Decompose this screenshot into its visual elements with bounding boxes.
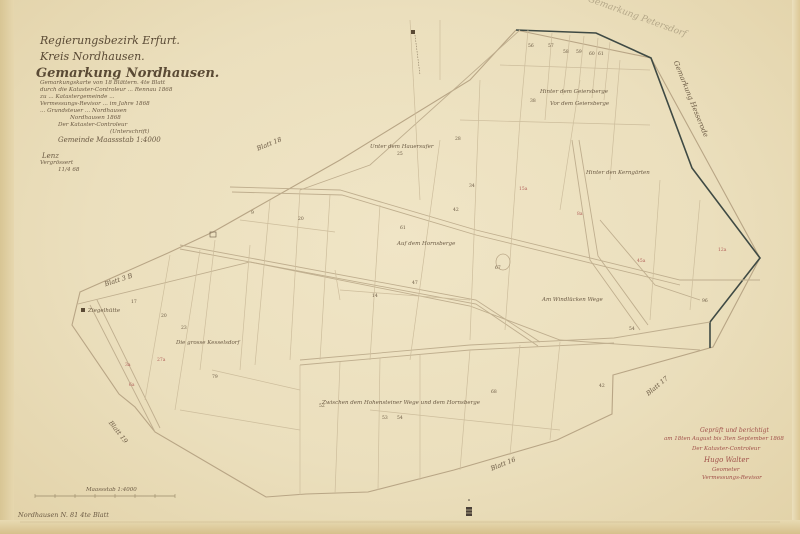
field-name: Die grosse Kesselsdorf — [176, 340, 239, 346]
note-line: durch die Kataster-Controleur ... Rennau… — [40, 87, 172, 93]
note-line: zu ... Katastergemeinde ... — [40, 94, 115, 100]
parcel-number: 25 — [397, 152, 403, 157]
parcel-number: 67 — [495, 266, 501, 271]
parcel-number: 28 — [455, 137, 461, 142]
certification-line: am 18ten August bis 3ten September 1868 — [664, 436, 784, 442]
parcel-number: 47 — [412, 281, 418, 286]
parcel-number: 14 — [372, 294, 378, 299]
parcel-number: 60 — [589, 52, 595, 57]
signature-date: 11/4 68 — [58, 167, 79, 173]
certification-signature: Hugo Walter — [704, 456, 749, 464]
parcel-lines — [145, 20, 700, 495]
parcel-number: 34 — [469, 184, 475, 189]
parcel-number-red: 6a — [129, 383, 135, 388]
certification-line: Geometer — [712, 467, 740, 473]
field-name: Am Windlücken Wege — [542, 297, 603, 303]
parcel-number: 54 — [397, 416, 403, 421]
scale-note: Gemeinde Maassstab 1:4000 — [58, 136, 161, 144]
field-name: Hinter den Kerngärten — [586, 170, 650, 176]
field-name: Vor dem Geiersberge — [550, 101, 609, 107]
parcel-number: 96 — [702, 299, 708, 304]
certification-line: Vermessungs-Revisor — [702, 475, 762, 481]
parcel-number: 61 — [400, 226, 406, 231]
parcel-number: 23 — [181, 326, 187, 331]
field-name: Unter dem Hauersufer — [370, 144, 434, 150]
sheet-footer-label: Nordhausen N. 81 4te Blatt — [18, 511, 109, 519]
note-line: ... Grundsteuer ... Nordhausen — [40, 108, 127, 114]
scale-bar-label: Maassstab 1:4000 — [86, 487, 137, 493]
parcel-number-red: 15a — [519, 187, 527, 192]
parcel-number-red: 27a — [157, 358, 165, 363]
parcel-number: 68 — [491, 390, 497, 395]
field-name: Hinter dem Geiersberge — [540, 89, 608, 95]
parcel-number: 53 — [382, 416, 388, 421]
cadastral-map-sheet: Regierungsbezirk Erfurt. Kreis Nordhause… — [0, 0, 800, 534]
parcel-number: 17 — [131, 300, 137, 305]
note-line: Vermessungs-Revisor ... im Jahre 1868 — [40, 101, 150, 107]
parcel-number: 20 — [161, 314, 167, 319]
certification-line: Geprüft und berichtigt — [700, 427, 769, 434]
note-line: Nordhausen 1868 — [70, 115, 121, 121]
parcel-number: 9 — [251, 211, 254, 216]
parcel-number: 38 — [530, 99, 536, 104]
parcel-number-red: 3a — [125, 363, 131, 368]
scale-bar-graphic — [35, 494, 175, 498]
parcel-number: 20 — [298, 217, 304, 222]
bottom-ornament-icon — [466, 499, 472, 516]
roads — [78, 30, 760, 432]
region-title: Regierungsbezirk Erfurt. — [40, 34, 180, 47]
parcel-number: 42 — [599, 384, 605, 389]
parcel-number-red: 8a — [577, 212, 583, 217]
parcel-number: 59 — [576, 50, 582, 55]
field-name: Auf dem Hornsberge — [397, 241, 455, 247]
note-line: (Unterschrift) — [110, 129, 149, 135]
parcel-number: 79 — [212, 375, 218, 380]
signature: Lenz — [42, 152, 59, 160]
parcel-number: 52 — [319, 404, 325, 409]
district-title: Kreis Nordhausen. — [40, 50, 145, 63]
note-line: Der Kataster-Controleur — [58, 122, 127, 128]
building-marker — [81, 308, 85, 312]
municipality-title: Gemarkung Nordhausen. — [36, 66, 219, 81]
parcel-number: 42 — [453, 208, 459, 213]
certification-line: Der Kataster-Controleur — [692, 446, 760, 452]
note-line: Gemarkungskarte von 18 Blättern. 4te Bla… — [40, 80, 165, 86]
parcel-number: 56 — [528, 44, 534, 49]
parcel-number: 58 — [563, 50, 569, 55]
parcel-number-red: 12a — [718, 248, 726, 253]
parcel-number: 61 — [598, 52, 604, 57]
parcel-number: 57 — [548, 44, 554, 49]
signature-subtitle: Vergrössert — [40, 160, 73, 166]
parcel-number-red: 45a — [637, 259, 645, 264]
parcel-number: 54 — [629, 327, 635, 332]
field-name: Ziegelhütte — [88, 308, 120, 314]
field-name: Zwischen dem Hohensteiner Wege und dem H… — [322, 400, 480, 406]
district-boundary — [72, 30, 760, 497]
